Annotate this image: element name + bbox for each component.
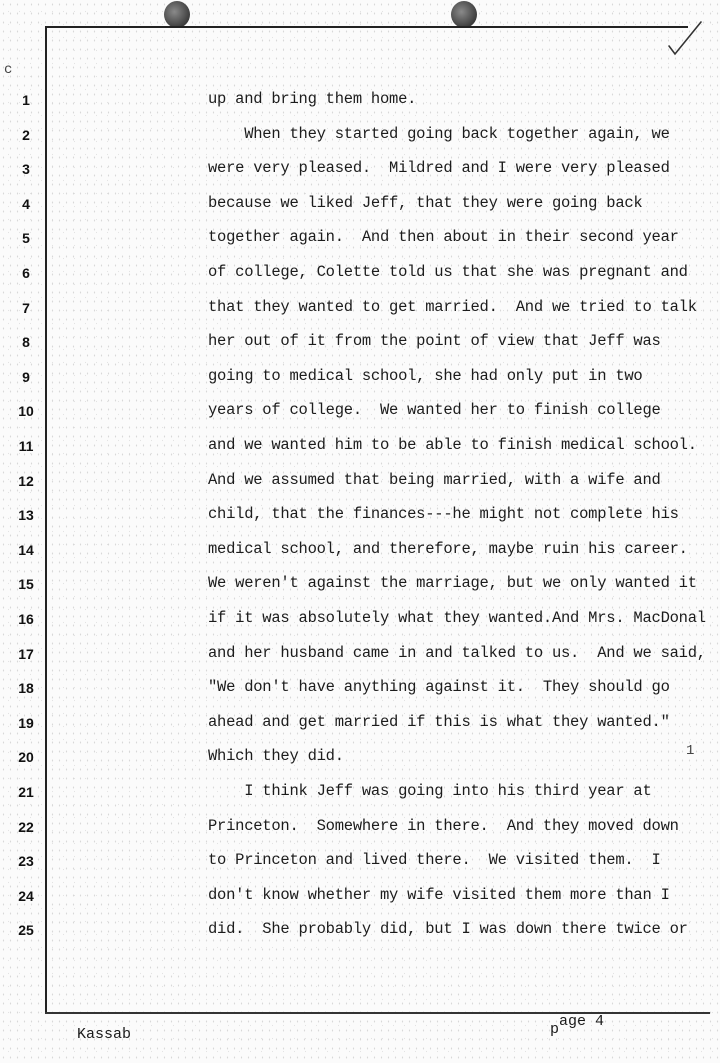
transcript-line: did. She probably did, but I was down th… (208, 920, 688, 938)
line-number: 12 (14, 473, 38, 489)
transcript-line: I think Jeff was going into his third ye… (208, 782, 652, 800)
line-number: 22 (14, 819, 38, 835)
witness-name: Kassab (77, 1026, 131, 1043)
transcript-line: going to medical school, she had only pu… (208, 367, 642, 385)
page-frame-top (45, 26, 688, 28)
line-number: 15 (14, 576, 38, 592)
page-prefix: p (550, 1021, 559, 1038)
line-number: 16 (14, 611, 38, 627)
transcript-line: ahead and get married if this is what th… (208, 713, 670, 731)
transcript-line: We weren't against the marriage, but we … (208, 574, 697, 592)
line-number: 2 (14, 127, 38, 143)
line-number: 23 (14, 853, 38, 869)
line-number: 9 (14, 369, 38, 385)
transcript-line: her out of it from the point of view tha… (208, 332, 661, 350)
line-number: 8 (14, 334, 38, 350)
line-number: 3 (14, 161, 38, 177)
line-number: 13 (14, 507, 38, 523)
line-number: 24 (14, 888, 38, 904)
page-frame-bottom (45, 1012, 710, 1014)
page-number: page 4 (550, 1013, 604, 1030)
line-number: 17 (14, 646, 38, 662)
line-number: 4 (14, 196, 38, 212)
punch-hole-icon (451, 1, 477, 28)
line-number: 7 (14, 300, 38, 316)
transcript-line: and we wanted him to be able to finish m… (208, 436, 697, 454)
transcript-line: of college, Colette told us that she was… (208, 263, 688, 281)
transcript-line: were very pleased. Mildred and I were ve… (208, 159, 670, 177)
line-number: 14 (14, 542, 38, 558)
transcript-line: Which they did. (208, 747, 344, 765)
line-number: 10 (14, 403, 38, 419)
line-number: 6 (14, 265, 38, 281)
line-number: 21 (14, 784, 38, 800)
transcript-line: to Princeton and lived there. We visited… (208, 851, 661, 869)
line-number: 5 (14, 230, 38, 246)
line-number: 1 (14, 92, 38, 108)
transcript-line: "We don't have anything against it. They… (208, 678, 670, 696)
margin-mark: c (4, 62, 12, 78)
transcript-line: together again. And then about in their … (208, 228, 679, 246)
transcript-line: that they wanted to get married. And we … (208, 298, 697, 316)
transcript-line: And we assumed that being married, with … (208, 471, 661, 489)
page-suffix: age 4 (559, 1013, 604, 1030)
transcript-line: because we liked Jeff, that they were go… (208, 194, 642, 212)
transcript-line: and her husband came in and talked to us… (208, 644, 706, 662)
line-number: 11 (14, 438, 38, 454)
transcript-line: child, that the finances---he might not … (208, 505, 679, 523)
margin-mark: 1 (686, 743, 694, 759)
page-frame-left-margin (45, 26, 47, 1013)
transcript-line: up and bring them home. (208, 90, 416, 108)
transcript-line: don't know whether my wife visited them … (208, 886, 670, 904)
transcript-line: Princeton. Somewhere in there. And they … (208, 817, 679, 835)
checkmark-icon (665, 18, 705, 58)
punch-hole-icon (164, 1, 190, 28)
line-number: 19 (14, 715, 38, 731)
line-number: 20 (14, 749, 38, 765)
line-number: 25 (14, 922, 38, 938)
line-number: 18 (14, 680, 38, 696)
transcript-line: years of college. We wanted her to finis… (208, 401, 661, 419)
transcript-line: if it was absolutely what they wanted.An… (208, 609, 706, 627)
transcript-line: When they started going back together ag… (208, 125, 670, 143)
transcript-line: medical school, and therefore, maybe rui… (208, 540, 688, 558)
